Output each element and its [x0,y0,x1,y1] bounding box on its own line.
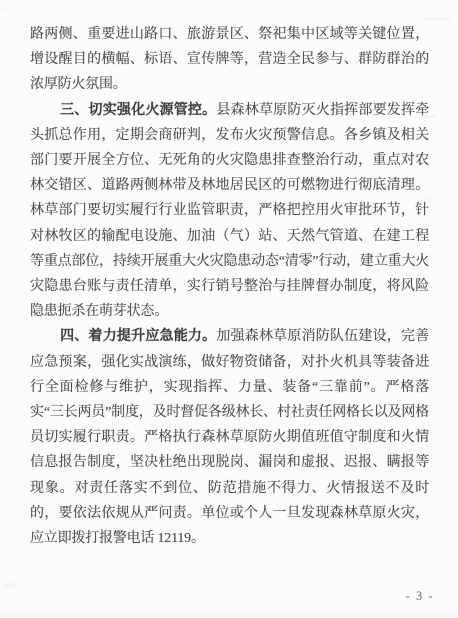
paragraph-section-3: 三、切实强化火源管控。县森林草原防灭火指挥部要发挥牵头抓总作用，定期会商研判，发… [30,98,429,325]
document-body: 路两侧、重要进山路口、旅游景区、祭祀集中区域等关键位置，增设醒目的横幅、标语、宣… [30,22,429,551]
section-3-heading: 三、切实强化火源管控。 [60,103,216,118]
scan-artifact [424,17,450,20]
paragraph-section-4: 四、着力提升应急能力。加强森林草原消防队伍建设，完善应急预案，强化实战演练，做好… [30,324,429,551]
scan-artifact [0,613,458,618]
section-3-body: 县森林草原防灭火指挥部要发挥牵头抓总作用，定期会商研判，发布火灾预警信息。各乡镇… [30,103,429,320]
section-4-body: 加强森林草原消防队伍建设，完善应急预案，强化实战演练，做好物资储备，对扑火机具等… [30,329,429,546]
paragraph-continuation: 路两侧、重要进山路口、旅游景区、祭祀集中区域等关键位置，增设醒目的横幅、标语、宣… [30,22,429,98]
page-number: - 3 - [406,589,434,604]
scan-artifact [2,8,8,11]
scan-artifact [4,583,18,588]
section-4-heading: 四、着力提升应急能力。 [60,329,216,344]
document-page: 路两侧、重要进山路口、旅游景区、祭祀集中区域等关键位置，增设醒目的横幅、标语、宣… [0,0,458,618]
